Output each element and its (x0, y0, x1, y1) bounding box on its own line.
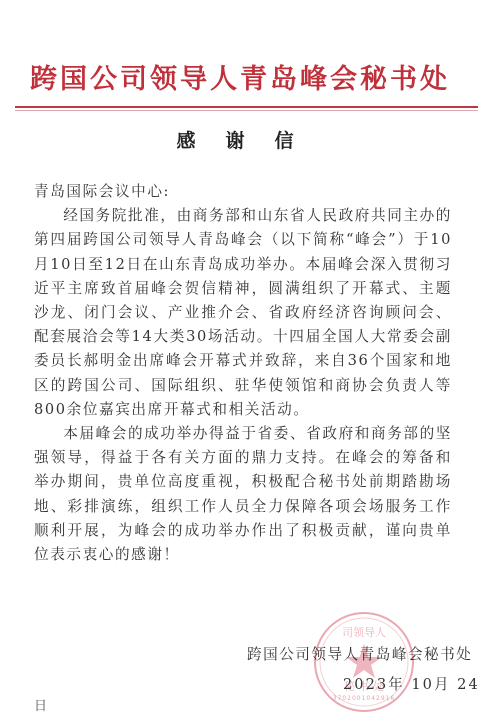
signature-date-day-char: 日 (34, 695, 47, 714)
paragraph-1: 经国务院批准，由商务部和山东省人民政府共同主办的第四届跨国公司领导人青岛峰会（以… (34, 204, 452, 422)
svg-text:司领导人: 司领导人 (342, 625, 386, 639)
svg-text:3702001042916: 3702001042916 (333, 695, 396, 702)
letter-body: 青岛国际会议中心: 经国务院批准，由商务部和山东省人民政府共同主办的第四届跨国公… (34, 180, 452, 567)
salutation: 青岛国际会议中心: (34, 180, 452, 204)
paragraph-2: 本届峰会的成功举办得益于省委、省政府和商务部的坚强领导，得益于各有关方面的鼎力支… (34, 422, 452, 567)
letterhead-organization: 跨国公司领导人青岛峰会秘书处 (30, 64, 470, 96)
document-title: 感谢信 (0, 126, 482, 153)
signature-organization: 跨国公司领导人青岛峰会秘书处 (247, 643, 472, 664)
signature-date: 2023年 10月 24 (343, 673, 480, 694)
letterhead-rule-thin (15, 110, 478, 111)
letterhead-rule-thick (15, 106, 478, 108)
